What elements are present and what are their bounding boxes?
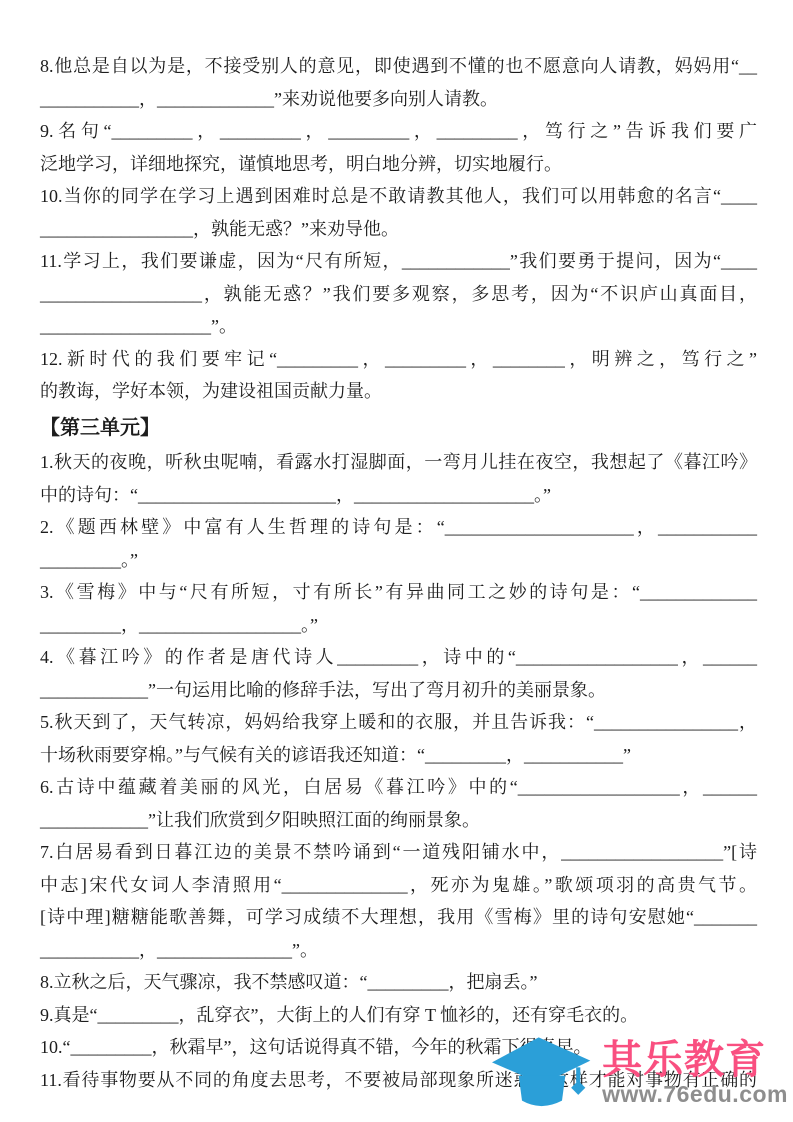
worksheet-line: ___________，_____________”来劝说他要多向别人请教。 bbox=[40, 83, 757, 116]
worksheet-line: 2.《题西林壁》中富有人生哲理的诗句是：“___________________… bbox=[40, 511, 757, 544]
graduation-cap-icon bbox=[490, 1034, 594, 1114]
brand-text-block: 其乐教育 www.76edu.com bbox=[602, 1040, 788, 1107]
worksheet-line: 中的诗句：“______________________，___________… bbox=[40, 479, 757, 512]
worksheet-line: ___________________”。 bbox=[40, 310, 757, 343]
worksheet-line: 9.真是“_________，乱穿衣”，大街上的人们有穿 T 恤衫的，还有穿毛衣… bbox=[40, 999, 757, 1032]
worksheet-line: 7.白居易看到日暮江边的美景不禁吟诵到“一道残阳铺水中，____________… bbox=[40, 836, 757, 869]
worksheet-line: 中志]宋代女词人李清照用“______________，死亦为鬼雄。”歌颂项羽的… bbox=[40, 869, 757, 902]
worksheet-line: __________________，孰能无惑？”我们要多观察，多思考，因为“不… bbox=[40, 278, 757, 311]
worksheet-line: 9.名句“_________，_________，_________，_____… bbox=[40, 115, 757, 148]
brand-url: www.76edu.com bbox=[602, 1082, 788, 1107]
worksheet-line: 12.新时代的我们要牢记“_________，_________，_______… bbox=[40, 343, 757, 376]
worksheet-line: 5.秋天到了，天气转凉，妈妈给我穿上暖和的衣服，并且告诉我：“_________… bbox=[40, 706, 757, 739]
worksheet-line: 1.秋天的夜晚，听秋虫呢喃，看露水打湿脚面，一弯月儿挂在夜空，我想起了《暮江吟》 bbox=[40, 446, 757, 479]
worksheet-line: 泛地学习，详细地探究，谨慎地思考，明白地分辨，切实地履行。 bbox=[40, 148, 757, 181]
worksheet-line: ____________”一句运用比喻的修辞手法，写出了弯月初升的美丽景象。 bbox=[40, 674, 757, 707]
worksheet-line: 6.古诗中蕴藏着美丽的风光，白居易《暮江吟》中的“_______________… bbox=[40, 771, 757, 804]
worksheet-line: 的教诲，学好本领，为建设祖国贡献力量。 bbox=[40, 375, 757, 408]
brand-logo: 其乐教育 www.76edu.com bbox=[490, 1034, 788, 1114]
worksheet-line: 8.立秋之后，天气骤凉，我不禁感叹道：“_________，把扇丢。” bbox=[40, 966, 757, 999]
section-heading: 【第三单元】 bbox=[40, 408, 757, 447]
worksheet-line: 8.他总是自以为是，不接受别人的意见，即使遇到不懂的也不愿意向人请教，妈妈用“_… bbox=[40, 50, 757, 83]
worksheet-line: 3.《雪梅》中与“尺有所短，寸有所长”有异曲同工之妙的诗句是：“________… bbox=[40, 576, 757, 609]
worksheet-line: 10.当你的同学在学习上遇到困难时总是不敢请教其他人，我们可以用韩愈的名言“__… bbox=[40, 180, 757, 213]
worksheet-line: _________。” bbox=[40, 544, 757, 577]
worksheet-line: ___________，_______________”。 bbox=[40, 934, 757, 967]
worksheet-body: 8.他总是自以为是，不接受别人的意见，即使遇到不懂的也不愿意向人请教，妈妈用“_… bbox=[0, 0, 793, 1096]
brand-name: 其乐教育 bbox=[602, 1040, 788, 1080]
worksheet-line: 4.《暮江吟》的作者是唐代诗人_________，诗中的“___________… bbox=[40, 641, 757, 674]
worksheet-line: [诗中理]糖糖能歌善舞，可学习成绩不大理想，我用《雪梅》里的诗句安慰她“____… bbox=[40, 901, 757, 934]
worksheet-line: 11.学习上，我们要谦虚，因为“尺有所短，____________”我们要勇于提… bbox=[40, 245, 757, 278]
worksheet-line: _________，__________________。” bbox=[40, 609, 757, 642]
worksheet-line: _________________，孰能无惑？”来劝导他。 bbox=[40, 213, 757, 246]
worksheet-line: ____________”让我们欣赏到夕阳映照江面的绚丽景象。 bbox=[40, 804, 757, 837]
worksheet-line: 十场秋雨要穿棉。”与气候有关的谚语我还知道：“_________，_______… bbox=[40, 739, 757, 772]
worksheet-page: 8.他总是自以为是，不接受别人的意见，即使遇到不懂的也不愿意向人请教，妈妈用“_… bbox=[0, 0, 793, 1122]
